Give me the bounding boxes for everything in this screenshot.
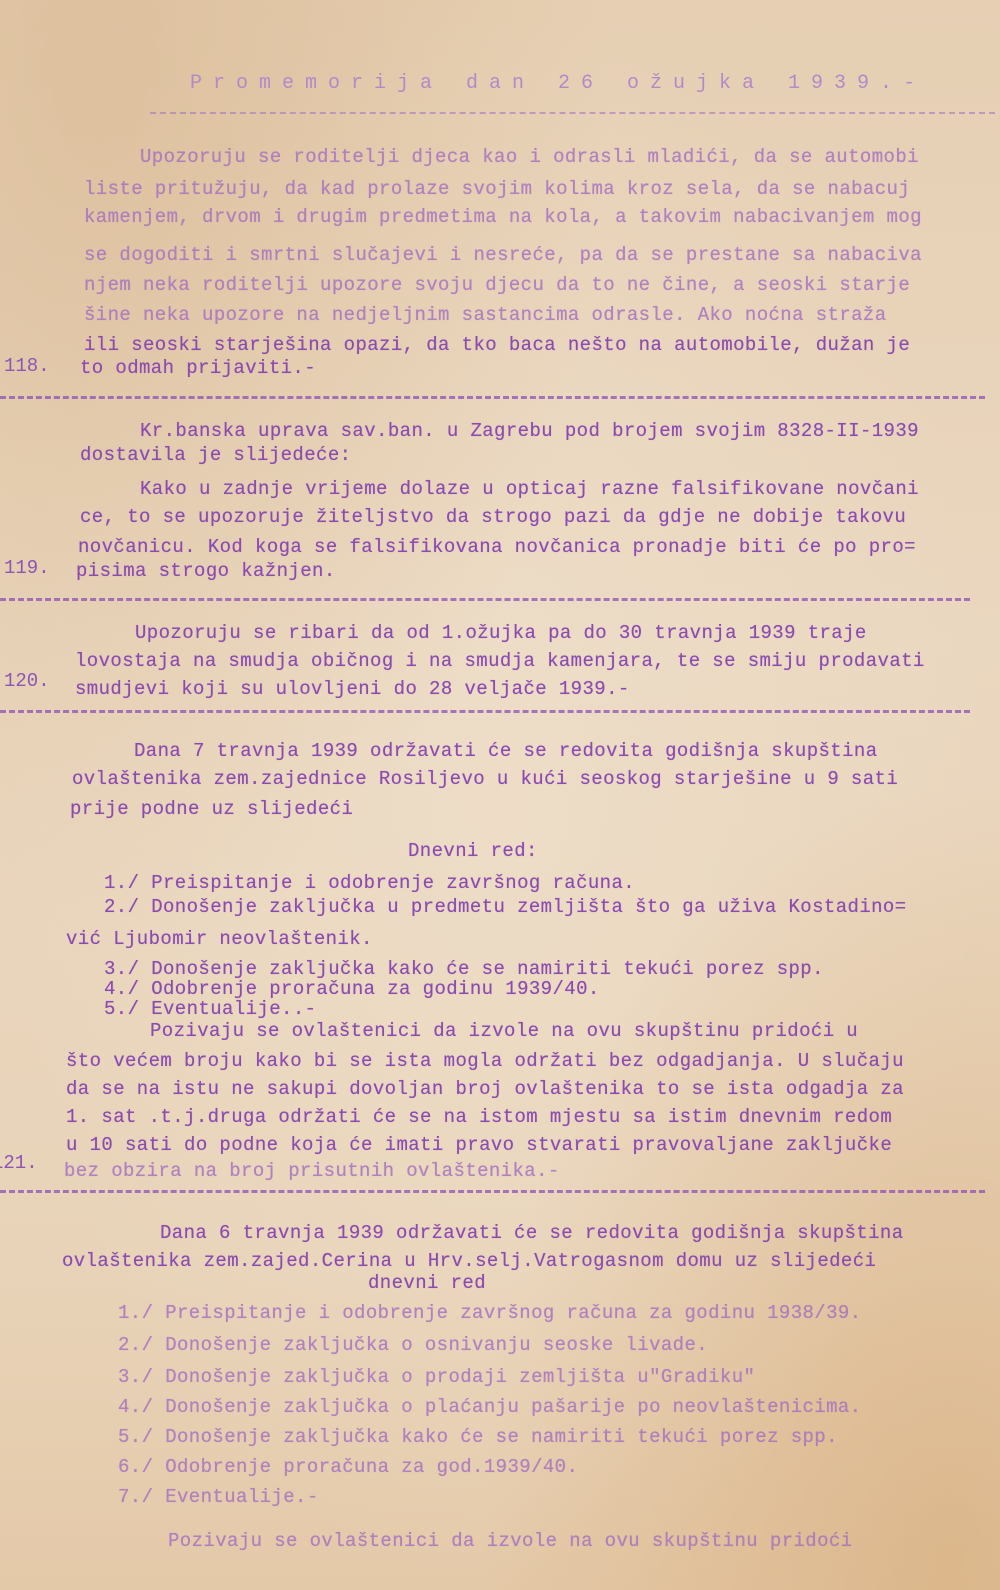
text-line: kamenjem, drvom i drugim predmetima na k…: [84, 206, 922, 228]
agenda-item: 6./ Odobrenje proračuna za god.1939/40.: [118, 1456, 578, 1478]
text-line: se dogoditi i smrtni slučajevi i nesreće…: [84, 244, 922, 266]
agenda-heading: dnevni red: [368, 1272, 486, 1294]
text-line: liste pritužuju, da kad prolaze svojim k…: [84, 178, 910, 200]
text-line: Pozivaju se ovlaštenici da izvole na ovu…: [150, 1020, 858, 1042]
agenda-item: 1./ Preispitanje i odobrenje završnog ra…: [104, 872, 635, 894]
section-number: 121.: [0, 1152, 38, 1174]
agenda-item: 3./ Donošenje zaključka o prodaji zemlji…: [118, 1366, 755, 1388]
text-line: ovlaštenika zem.zajednice Rosiljevo u ku…: [72, 768, 898, 790]
text-line: ovlaštenika zem.zajed.Cerina u Hrv.selj.…: [62, 1250, 876, 1272]
text-line: da se na istu ne sakupi dovoljan broj ov…: [66, 1078, 904, 1100]
agenda-item: 4./ Odobrenje proračuna za godinu 1939/4…: [104, 978, 600, 1000]
document-page: Promemorija dan 26 ožujka 1939.- Upozoru…: [0, 0, 1000, 1590]
text-line: šine neka upozore na nedjeljnim sastanci…: [84, 304, 887, 326]
text-line: Upozoruju se roditelji djeca kao i odras…: [140, 146, 919, 168]
text-line: Kr.banska uprava sav.ban. u Zagrebu pod …: [140, 420, 919, 442]
document-title: Promemorija dan 26 ožujka 1939.-: [190, 72, 926, 95]
text-line: Upozoruju se ribari da od 1.ožujka pa do…: [135, 622, 867, 644]
agenda-item: 2./ Donošenje zaključka o osnivanju seos…: [118, 1334, 708, 1356]
text-line: bez obzira na broj prisutnih ovlaštenika…: [64, 1160, 560, 1182]
text-line: to odmah prijaviti.-: [80, 357, 316, 379]
text-line: ili seoski starješina opazi, da tko baca…: [84, 334, 910, 356]
agenda-item: 3./ Donošenje zaključka kako će se namir…: [104, 958, 824, 980]
agenda-item: 5./ Eventualije..-: [104, 998, 316, 1020]
agenda-item: 2./ Donošenje zaključka u predmetu zemlj…: [104, 896, 907, 918]
text-line: prije podne uz slijedeći: [70, 798, 353, 820]
agenda-item: 7./ Eventualije.-: [118, 1486, 319, 1508]
text-line: dostavila je slijedeće:: [80, 444, 351, 466]
text-line: njem neka roditelji upozore svoju djecu …: [84, 274, 910, 296]
agenda-item: 4./ Donošenje zaključka o plaćanju pašar…: [118, 1396, 862, 1418]
text-line: Pozivaju se ovlaštenici da izvole na ovu…: [168, 1530, 853, 1552]
text-line: Dana 7 travnja 1939 održavati će se redo…: [134, 740, 878, 762]
text-line: novčanicu. Kod koga se falsifikovana nov…: [78, 536, 916, 558]
agenda-heading: Dnevni red:: [408, 840, 538, 862]
agenda-item: 1./ Preispitanje i odobrenje završnog ra…: [118, 1302, 862, 1324]
section-divider: [0, 1190, 985, 1193]
text-line: pisima strogo kažnjen.: [76, 560, 336, 582]
section-divider: [0, 598, 970, 601]
text-line: Kako u zadnje vrijeme dolaze u opticaj r…: [140, 478, 919, 500]
text-line: 1. sat .t.j.druga održati će se na istom…: [66, 1106, 892, 1128]
text-line: lovostaja na smudja običnog i na smudja …: [75, 650, 925, 672]
section-number: 120.: [4, 670, 50, 692]
text-line: Dana 6 travnja 1939 održavati će se redo…: [160, 1222, 904, 1244]
section-number: 119.: [4, 557, 50, 579]
text-line: ce, to se upozoruje žiteljstvo da strogo…: [80, 506, 906, 528]
text-line: što većem broju kako bi se ista mogla od…: [66, 1050, 904, 1072]
section-number: 118.: [4, 355, 50, 377]
title-underline: [150, 112, 995, 114]
agenda-item: vić Ljubomir neovlaštenik.: [66, 928, 373, 950]
section-divider: [0, 710, 970, 713]
text-line: u 10 sati do podne koja će imati pravo s…: [66, 1134, 892, 1156]
text-line: smudjevi koji su ulovljeni do 28 veljače…: [75, 678, 630, 700]
agenda-item: 5./ Donošenje zaključka kako će se namir…: [118, 1426, 838, 1448]
section-divider: [0, 396, 985, 399]
